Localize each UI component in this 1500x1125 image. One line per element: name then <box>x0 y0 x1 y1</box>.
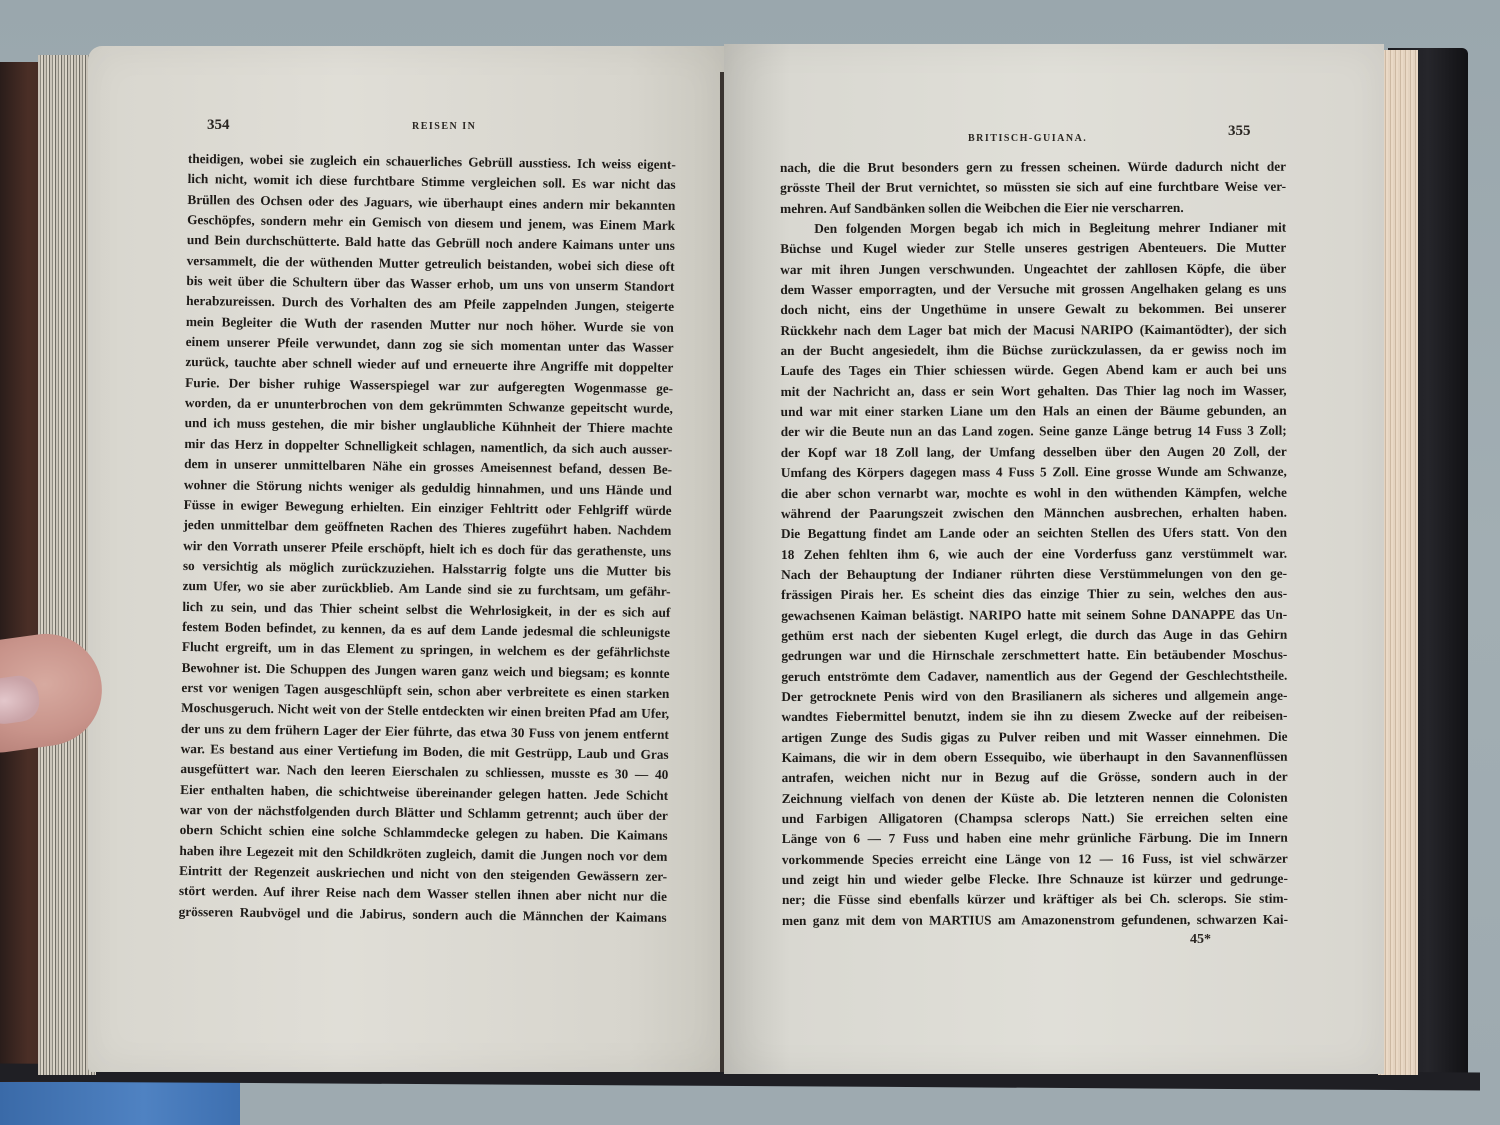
text-line: 18 Zehen fehlten ihm 6, wie auch der ein… <box>781 543 1287 565</box>
book-gutter <box>720 72 724 1072</box>
text-line: und Farbigen Alligatoren (Champsa sclero… <box>782 808 1288 830</box>
text-line: doch nicht, eins der Ungethüme in unsere… <box>780 299 1286 321</box>
right-page-body: nach, die die Brut besonders gern zu fre… <box>780 157 1288 931</box>
text-line: Rückkehr nach dem Lager bat mich der Mac… <box>780 319 1286 341</box>
text-line: Den folgenden Morgen begab ich mich in B… <box>780 218 1286 240</box>
text-line: Zeichnung vielfach von denen der Küste a… <box>782 787 1288 809</box>
text-line: frässigen Pirais her. Es scheint dies da… <box>781 584 1287 606</box>
text-line: gedrungen war und die Hirnschale zerschm… <box>781 645 1287 667</box>
text-line: vorkommende Species erreicht eine Länge … <box>782 848 1288 870</box>
right-page-number: 355 <box>1228 123 1251 140</box>
left-page-body: theidigen, wobei sie zugleich ein schaue… <box>179 149 676 928</box>
text-line: artigen Zunge des Sudis gigas zu Pulver … <box>781 726 1287 748</box>
text-line: men ganz mit dem von MARTIUS am Amazonen… <box>782 909 1288 931</box>
text-line: gewachsenen Kaiman belästigt. NARIPO hat… <box>781 604 1287 626</box>
photo-scene: 354 REISEN IN BRITISCH-GUIANA. 355 theid… <box>0 0 1500 1125</box>
text-line: Der getrocknete Penis wird von den Brasi… <box>781 686 1287 708</box>
signature-mark: 45* <box>1190 932 1211 948</box>
text-line: Die Begattung findet am Lande oder an se… <box>781 523 1287 545</box>
text-line: war mit ihren Jungen verschwunden. Ungea… <box>780 258 1286 280</box>
text-line: Nach der Behauptung der Indianer rührten… <box>781 564 1287 586</box>
text-line: Kaimans, die wir in dem obern Essequibo,… <box>782 747 1288 769</box>
text-line: während der Paarungszeit zwischen den Mä… <box>781 503 1287 525</box>
text-line: die aber schon vernarbt war, mochte es w… <box>781 482 1287 504</box>
text-line: dem Wasser emporragten, und der Versuche… <box>780 279 1286 301</box>
text-line: und zeigt hin und wieder gelbe Flecke. I… <box>782 869 1288 891</box>
text-line: Büchse und Kugel wieder zur Stelle unser… <box>780 238 1286 260</box>
text-line: und war mit einer starken Liane um den H… <box>781 401 1287 423</box>
text-line: der Kopf war 18 Zoll lang, der Umfang de… <box>781 441 1287 463</box>
left-page-number: 354 <box>207 117 230 134</box>
text-line: geruch entströmte dem Cadaver, namentlic… <box>781 665 1287 687</box>
text-line: Umfang des Körpers dagegen mass 4 Fuss 5… <box>781 462 1287 484</box>
text-line: Laufe des Tages ein Thier schiessen würd… <box>781 360 1287 382</box>
text-line: nach, die die Brut besonders gern zu fre… <box>780 157 1286 179</box>
text-line: mit der Nachricht an, dass er sein Wort … <box>781 380 1287 402</box>
text-line: gethüm erst nach der siebenten Kugel erl… <box>781 625 1287 647</box>
text-line: Länge von 6 — 7 Fuss und haben eine mehr… <box>782 828 1288 850</box>
text-line: an der Bucht angesiedelt, ihm die Büchse… <box>780 340 1286 362</box>
text-line: ner; die Füsse sind ebenfalls kürzer und… <box>782 889 1288 911</box>
text-line: wandtes Fiebermittel benutzt, indem sie … <box>781 706 1287 728</box>
right-running-head: BRITISCH-GUIANA. <box>968 133 1087 144</box>
text-line: der wir die Beute nun an das Land zogen.… <box>781 421 1287 443</box>
text-line: grösste Theil der Brut vernichtet, so mü… <box>780 177 1286 199</box>
thumbnail <box>0 673 42 727</box>
text-line: mehren. Auf Sandbänken sollen die Weibch… <box>780 197 1286 219</box>
text-line: antrafen, weichen nicht nur in Bezug auf… <box>782 767 1288 789</box>
page-edges-right <box>1378 50 1418 1075</box>
left-running-head: REISEN IN <box>412 121 476 132</box>
